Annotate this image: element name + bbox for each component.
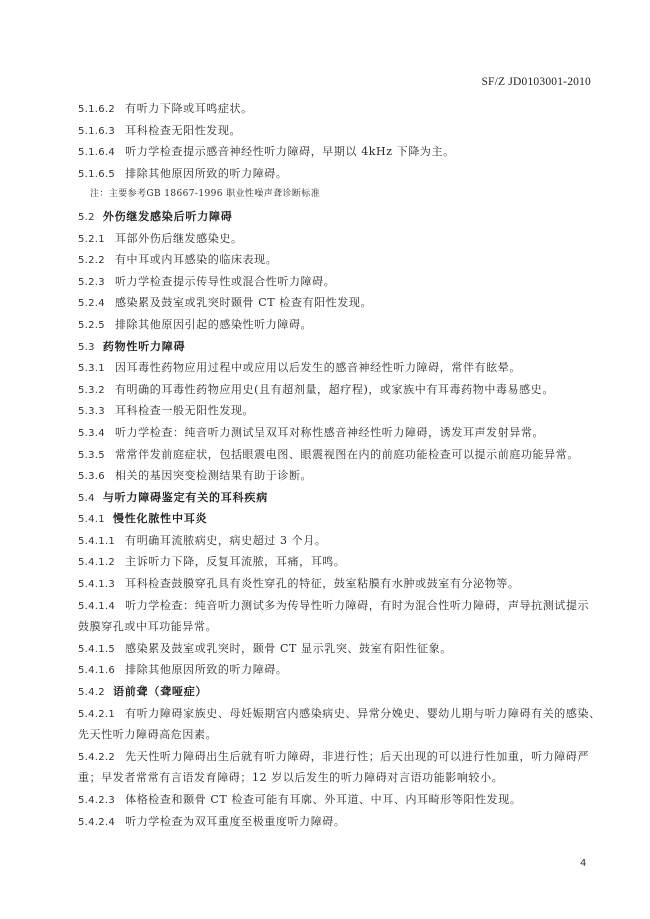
clause-text: 听力学检查提示感音神经性听力障碍，早期以 4kHz 下降为主。 [125, 145, 455, 158]
clause-number: 5.2.1 [78, 229, 105, 251]
section-title: 慢性化脓性中耳炎 [113, 512, 207, 525]
clause-number: 5.4.1.1 [78, 531, 115, 553]
clause-text: 耳科检查无阳性发现。 [125, 124, 241, 137]
clause-number: 5.1.6.3 [78, 121, 115, 143]
clause-text: 听力学检查：纯音听力测试多为传导性听力障碍，有时为混合性听力障碍，声导抗测试提示 [125, 599, 589, 612]
section-number: 5.4.2 [78, 682, 105, 704]
clause-text: 听力学检查：纯音听力测试呈双耳对称性感音神经性听力障碍，诱发耳声发射异常。 [115, 426, 544, 439]
clause-number: 5.3.6 [78, 466, 105, 488]
document-code-header: SF/Z JD0103001-2010 [481, 76, 591, 88]
clause-5-1-6-4: 5.1.6.4听力学检查提示感音神经性听力障碍，早期以 4kHz 下降为主。 [78, 141, 598, 163]
clause-number: 5.3.2 [78, 380, 105, 402]
reference-note: 注：主要参考GB 18667-1996 职业性噪声聋诊断标准 [78, 184, 598, 206]
clause-text: 听力学检查为双耳重度至极重度听力障碍。 [125, 815, 345, 828]
clause-5-4-1-5: 5.4.1.5感染累及鼓室或乳突时，颞骨 CT 显示乳突、鼓室有阳性征象。 [78, 638, 598, 660]
clause-text: 感染累及鼓室或乳突时颞骨 CT 检查有阳性发现。 [115, 296, 372, 309]
clause-text: 听力学检查提示传导性或混合性听力障碍。 [115, 275, 335, 288]
clause-5-4-2-1-continued: 先天性听力障碍高危因素。 [78, 724, 598, 746]
clause-text: 因耳毒性药物应用过程中或应用以后发生的感音神经性听力障碍，常伴有眩晕。 [115, 361, 521, 374]
document-body: 5.1.6.2有听力下降或耳鸣症状。 5.1.6.3耳科检查无阳性发现。 5.1… [78, 98, 598, 832]
clause-number: 5.4.1.4 [78, 596, 115, 618]
clause-text: 鼓膜穿孔或中耳功能异常。 [78, 620, 217, 633]
section-number: 5.3 [78, 337, 95, 359]
clause-number: 5.4.1.2 [78, 552, 115, 574]
clause-text: 有中耳或内耳感染的临床表现。 [115, 253, 277, 266]
clause-number: 5.4.2.3 [78, 790, 115, 812]
clause-5-4-1-3: 5.4.1.3耳科检查鼓膜穿孔具有炎性穿孔的特征，鼓室粘膜有水肿或鼓室有分泌物等… [78, 573, 598, 595]
clause-5-4-2-3: 5.4.2.3体格检查和颞骨 CT 检查可能有耳廓、外耳道、中耳、内耳畸形等阳性… [78, 789, 598, 811]
clause-text: 排除其他原因引起的感染性听力障碍。 [115, 318, 312, 331]
section-title: 外伤继发感染后听力障碍 [103, 210, 233, 223]
clause-5-4-1-4-continued: 鼓膜穿孔或中耳功能异常。 [78, 616, 598, 638]
clause-number: 5.1.6.5 [78, 164, 115, 186]
clause-text: 耳科检查一般无阳性发现。 [115, 404, 254, 417]
clause-5-2-5: 5.2.5排除其他原因引起的感染性听力障碍。 [78, 314, 598, 336]
clause-text: 主诉听力下降，反复耳流脓，耳痛，耳鸣。 [125, 555, 345, 568]
clause-number: 5.3.4 [78, 423, 105, 445]
note-text: 注：主要参考GB 18667-1996 职业性噪声聋诊断标准 [90, 189, 320, 199]
clause-5-4-2-2: 5.4.2.2先天性听力障碍出生后就有听力障碍，非进行性；后天出现的可以进行性加… [78, 746, 598, 768]
clause-number: 5.4.1.3 [78, 574, 115, 596]
clause-number: 5.2.2 [78, 250, 105, 272]
clause-text: 有明确耳流脓病史，病史超过 3 个月。 [125, 534, 326, 547]
clause-5-4-1-6: 5.4.1.6排除其他原因所致的听力障碍。 [78, 659, 598, 681]
clause-text: 有明确的耳毒性药物应用史(且有超剂量，超疗程)，或家族中有耳毒药物中毒易感史。 [115, 383, 554, 396]
clause-text: 感染累及鼓室或乳突时，颞骨 CT 显示乳突、鼓室有阳性征象。 [125, 642, 452, 655]
clause-text: 先天性听力障碍高危因素。 [78, 728, 217, 741]
section-number: 5.4.1 [78, 509, 105, 531]
clause-5-3-3: 5.3.3耳科检查一般无阳性发现。 [78, 400, 598, 422]
section-5-2-heading: 5.2外伤继发感染后听力障碍 [78, 206, 598, 228]
clause-5-1-6-5: 5.1.6.5排除其他原因所致的听力障碍。 [78, 163, 598, 185]
clause-text: 耳部外伤后继发感染史。 [115, 232, 243, 245]
clause-number: 5.4.2.1 [78, 704, 115, 726]
page-number: 4 [580, 858, 586, 869]
clause-5-4-1-2: 5.4.1.2主诉听力下降，反复耳流脓，耳痛，耳鸣。 [78, 551, 598, 573]
clause-text: 相关的基因突变检测结果有助于诊断。 [115, 469, 312, 482]
section-5-4-heading: 5.4与听力障碍鉴定有关的耳科疾病 [78, 487, 598, 509]
clause-number: 5.4.1.5 [78, 639, 115, 661]
clause-5-2-3: 5.2.3听力学检查提示传导性或混合性听力障碍。 [78, 271, 598, 293]
clause-text: 有听力下降或耳鸣症状。 [125, 102, 253, 115]
clause-text: 排除其他原因所致的听力障碍。 [125, 167, 287, 180]
clause-text: 体格检查和颞骨 CT 检查可能有耳廓、外耳道、中耳、内耳畸形等阳性发现。 [125, 793, 521, 806]
clause-number: 5.2.4 [78, 293, 105, 315]
clause-5-2-4: 5.2.4感染累及鼓室或乳突时颞骨 CT 检查有阳性发现。 [78, 292, 598, 314]
clause-text: 先天性听力障碍出生后就有听力障碍，非进行性；后天出现的可以进行性加重，听力障碍严 [125, 750, 589, 763]
clause-number: 5.3.5 [78, 445, 105, 467]
section-number: 5.4 [78, 488, 95, 510]
clause-5-2-1: 5.2.1耳部外伤后继发感染史。 [78, 228, 598, 250]
section-5-4-1-heading: 5.4.1慢性化脓性中耳炎 [78, 508, 598, 530]
section-5-3-heading: 5.3药物性听力障碍 [78, 336, 598, 358]
clause-5-3-5: 5.3.5常常伴发前庭症状，包括眼震电图、眼震视图在内的前庭功能检查可以提示前庭… [78, 444, 598, 466]
clause-5-1-6-3: 5.1.6.3耳科检查无阳性发现。 [78, 120, 598, 142]
section-number: 5.2 [78, 207, 95, 229]
clause-number: 5.3.3 [78, 401, 105, 423]
clause-5-4-1-4: 5.4.1.4听力学检查：纯音听力测试多为传导性听力障碍，有时为混合性听力障碍，… [78, 595, 598, 617]
clause-text: 常常伴发前庭症状，包括眼震电图、眼震视图在内的前庭功能检查可以提示前庭功能异常。 [115, 448, 579, 461]
clause-5-4-1-1: 5.4.1.1有明确耳流脓病史，病史超过 3 个月。 [78, 530, 598, 552]
clause-text: 排除其他原因所致的听力障碍。 [125, 663, 287, 676]
clause-5-4-2-4: 5.4.2.4听力学检查为双耳重度至极重度听力障碍。 [78, 811, 598, 833]
clause-text: 耳科检查鼓膜穿孔具有炎性穿孔的特征，鼓室粘膜有水肿或鼓室有分泌物等。 [125, 577, 519, 590]
clause-number: 5.1.6.2 [78, 99, 115, 121]
clause-5-3-1: 5.3.1因耳毒性药物应用过程中或应用以后发生的感音神经性听力障碍，常伴有眩晕。 [78, 357, 598, 379]
clause-5-3-2: 5.3.2有明确的耳毒性药物应用史(且有超剂量，超疗程)，或家族中有耳毒药物中毒… [78, 379, 598, 401]
clause-5-3-4: 5.3.4听力学检查：纯音听力测试呈双耳对称性感音神经性听力障碍，诱发耳声发射异… [78, 422, 598, 444]
clause-number: 5.4.2.4 [78, 812, 115, 834]
section-title: 语前聋（聋哑症） [113, 685, 207, 698]
section-5-4-2-heading: 5.4.2语前聋（聋哑症） [78, 681, 598, 703]
clause-number: 5.2.5 [78, 315, 105, 337]
clause-5-2-2: 5.2.2有中耳或内耳感染的临床表现。 [78, 249, 598, 271]
clause-number: 5.2.3 [78, 272, 105, 294]
clause-text: 重；早发者常常有言语发育障碍；12 岁以后发生的听力障碍对言语功能影响较小。 [78, 771, 503, 784]
clause-number: 5.3.1 [78, 358, 105, 380]
clause-5-3-6: 5.3.6相关的基因突变检测结果有助于诊断。 [78, 465, 598, 487]
clause-number: 5.1.6.4 [78, 142, 115, 164]
clause-text: 有听力障碍家族史、母妊娠期宫内感染病史、异常分娩史、婴幼儿期与听力障碍有关的感染… [125, 707, 601, 720]
section-title: 药物性听力障碍 [103, 340, 186, 353]
clause-5-4-2-2-continued: 重；早发者常常有言语发育障碍；12 岁以后发生的听力障碍对言语功能影响较小。 [78, 767, 598, 789]
section-title: 与听力障碍鉴定有关的耳科疾病 [103, 491, 268, 504]
clause-5-4-2-1: 5.4.2.1有听力障碍家族史、母妊娠期宫内感染病史、异常分娩史、婴幼儿期与听力… [78, 703, 598, 725]
clause-number: 5.4.2.2 [78, 747, 115, 769]
clause-5-1-6-2: 5.1.6.2有听力下降或耳鸣症状。 [78, 98, 598, 120]
clause-number: 5.4.1.6 [78, 660, 115, 682]
